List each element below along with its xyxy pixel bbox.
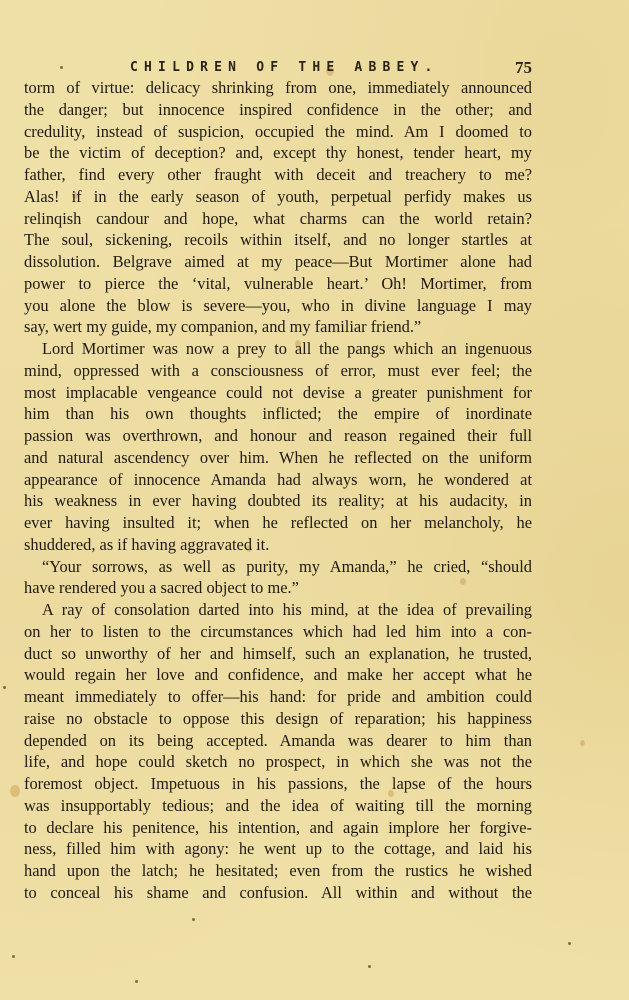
text-line: hand upon the latch; he hesitated; even …: [24, 860, 532, 882]
text-line: and natural ascendency over him. When he…: [24, 447, 532, 469]
text-line: “Your sorrows, as well as purity, my Ama…: [24, 556, 532, 578]
page-number: 75: [515, 58, 532, 78]
text-line: to conceal his shame and confusion. All …: [24, 882, 532, 904]
paper-speck: [3, 686, 6, 689]
book-page: CHILDREN OF THE ABBEY. 75 torm of virtue…: [0, 0, 629, 1000]
text-line: dissolution. Belgrave aimed at my peace—…: [24, 251, 532, 273]
text-line: Alas! if in the early season of youth, p…: [24, 186, 532, 208]
text-line: on her to listen to the circumstances wh…: [24, 621, 532, 643]
text-line: ness, filled him with agony: he went up …: [24, 838, 532, 860]
text-line: you alone the blow is severe—you, who in…: [24, 295, 532, 317]
text-line: be the victim of deception? and, except …: [24, 142, 532, 164]
text-line: raise no obstacle to oppose this design …: [24, 708, 532, 730]
text-line: his weakness in ever having doubted its …: [24, 490, 532, 512]
text-line: foremost object. Impetuous in his passio…: [24, 773, 532, 795]
text-line: The soul, sickening, recoils within itse…: [24, 229, 532, 251]
text-line: relinqish candour and hope, what charms …: [24, 208, 532, 230]
text-line: meant immediately to offer—his hand: for…: [24, 686, 532, 708]
text-line: have rendered you a sacred object to me.…: [24, 577, 532, 599]
text-line: to declare his penitence, his intention,…: [24, 817, 532, 839]
body-text: torm of virtue: delicacy shrinking from …: [24, 77, 532, 904]
paper-stain: [10, 785, 20, 797]
text-line: life, and hope could sketch no prospect,…: [24, 751, 532, 773]
running-title: CHILDREN OF THE ABBEY.: [130, 60, 439, 75]
text-line: father, find every other fraught with de…: [24, 164, 532, 186]
text-line: A ray of consolation darted into his min…: [24, 599, 532, 621]
text-line: torm of virtue: delicacy shrinking from …: [24, 77, 532, 99]
paper-speck: [192, 918, 195, 921]
text-line: say, wert my guide, my companion, and my…: [24, 316, 532, 338]
text-line: depended on its being accepted. Amanda w…: [24, 730, 532, 752]
text-line: would regain her love and confidence, an…: [24, 664, 532, 686]
paper-speck: [135, 980, 138, 983]
text-line: shuddered, as if having aggravated it.: [24, 534, 532, 556]
paper-speck: [568, 942, 571, 945]
text-line: was insupportably tedious; and the idea …: [24, 795, 532, 817]
text-line: mind, oppressed with a consciousness of …: [24, 360, 532, 382]
paper-stain: [580, 740, 585, 746]
paper-speck: [368, 965, 371, 968]
text-line: credulity, instead of suspicion, occupie…: [24, 121, 532, 143]
text-line: passion was overthrown, and honour and r…: [24, 425, 532, 447]
text-line: duct so unworthy of her and himself, suc…: [24, 643, 532, 665]
text-line: appearance of innocence Amanda had alway…: [24, 469, 532, 491]
text-line: the danger; but innocence inspired confi…: [24, 99, 532, 121]
text-line: power to pierce the ‘vital, vulnerable h…: [24, 273, 532, 295]
text-line: him than his own thoughts inflicted; the…: [24, 403, 532, 425]
text-line: Lord Mortimer was now a prey to all the …: [24, 338, 532, 360]
text-line: ever having insulted it; when he reflect…: [24, 512, 532, 534]
text-line: most implacable vengeance could not devi…: [24, 382, 532, 404]
paper-speck: [12, 955, 15, 958]
